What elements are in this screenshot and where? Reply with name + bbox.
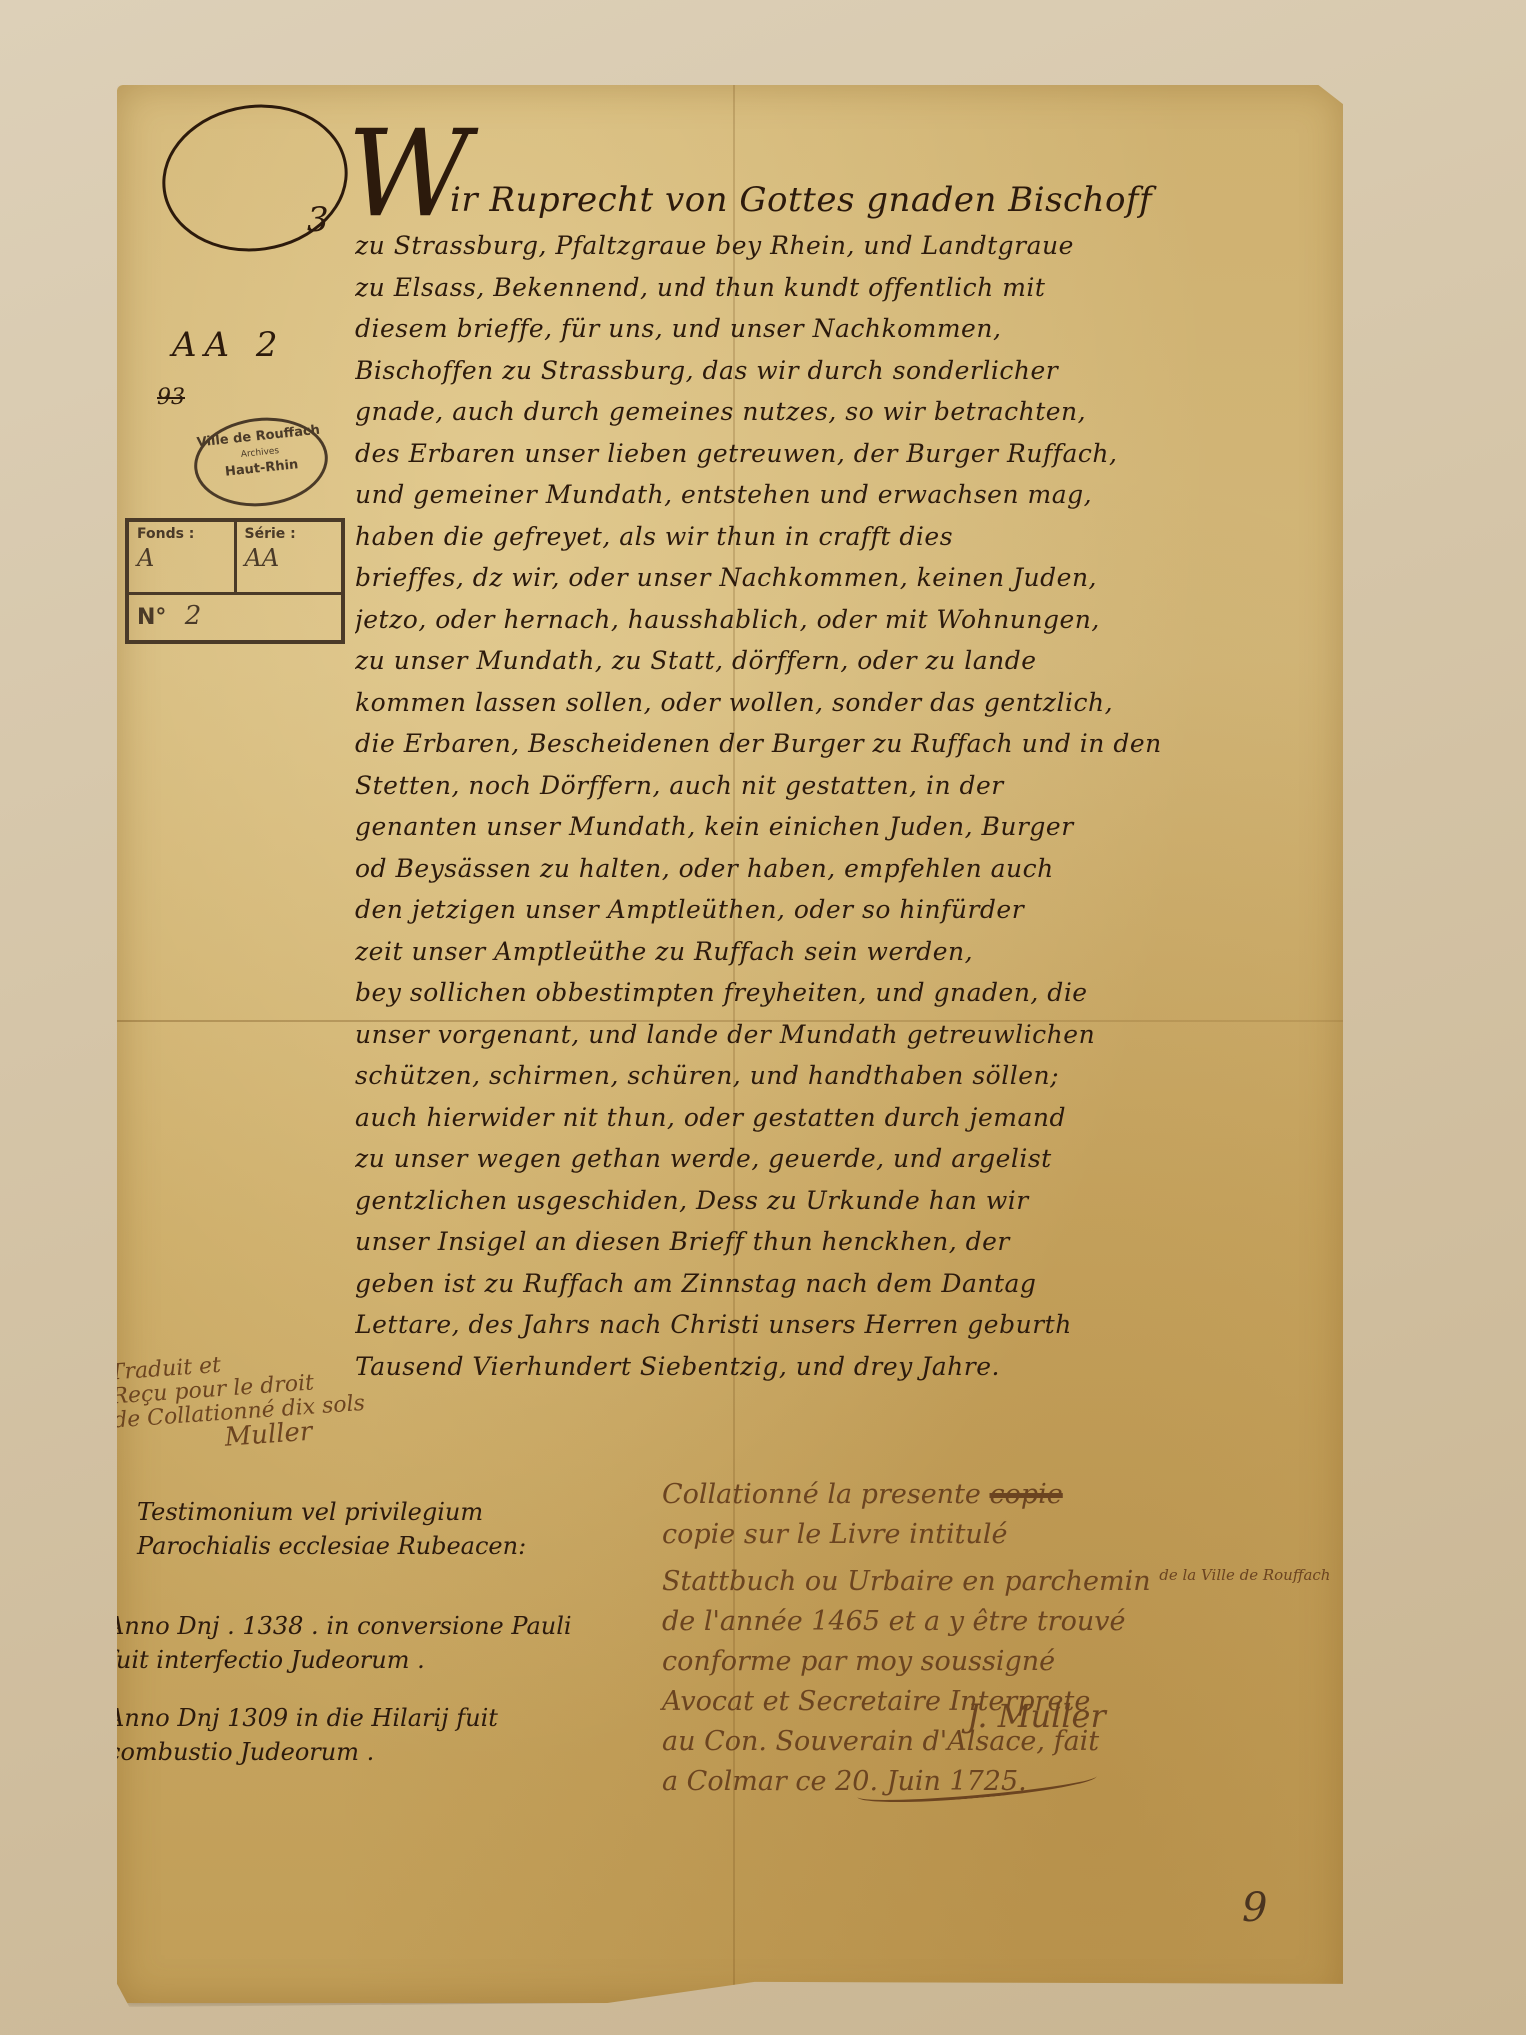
text-line: zu unser wegen gethan werde, geuerde, un… (355, 1138, 1255, 1180)
text-line: genanten unser Mundath, kein einichen Ju… (355, 806, 1255, 848)
folio-number: 9 (1242, 1885, 1267, 1931)
charter-body-text: ir Ruprecht von Gottes gnaden Bischoff z… (355, 175, 1255, 1387)
cert-signature: J. Muller (967, 1697, 1106, 1735)
text-line: zu Elsass, Bekennend, und thun kundt off… (355, 267, 1255, 309)
text-line: kommen lassen sollen, oder wollen, sonde… (355, 682, 1255, 724)
latin-entry-2-line: Anno Dnj 1309 in die Hilarij fuit (107, 1701, 647, 1735)
text-line: Lettare, des Jahrs nach Christi unsers H… (355, 1304, 1255, 1346)
cert-line-5: conforme par moy soussigné (662, 1642, 1342, 1682)
text-line: bey sollichen obbestimpten freyheiten, u… (355, 972, 1255, 1014)
text-line: zu Strassburg, Pfaltzgraue bey Rhein, un… (355, 225, 1255, 267)
text-line: zeit unser Amptleüthe zu Ruffach sein we… (355, 931, 1255, 973)
text-line: jetzo, oder hernach, hausshablich, oder … (355, 599, 1255, 641)
latin-title-line: Testimonium vel privilegium (137, 1495, 647, 1529)
text-line: schützen, schirmen, schüren, und handtha… (355, 1055, 1255, 1097)
text-line: haben die gefreyet, als wir thun in craf… (355, 516, 1255, 558)
text-line: Stetten, noch Dörffern, auch nit gestatt… (355, 765, 1255, 807)
archive-oval-stamp: Ville de Rouffach Archives Haut-Rhin (190, 411, 332, 513)
fonds-value: A (137, 544, 226, 572)
text-line: des Erbaren unser lieben getreuwen, der … (355, 433, 1255, 475)
text-line: diesem brieffe, für uns, und unser Nachk… (355, 308, 1255, 350)
latin-entry-1-line: fuit interfectio Judeorum . (107, 1643, 647, 1677)
text-line: geben ist zu Ruffach am Zinnstag nach de… (355, 1263, 1255, 1305)
cert-line-2: copie sur le Livre intitulé (662, 1515, 1342, 1555)
number-value: 2 (185, 601, 202, 631)
text-line: gnade, auch durch gemeines nutzes, so wi… (355, 391, 1255, 433)
shelfmark-crossed-out: 93 (157, 385, 185, 410)
text-line: und gemeiner Mundath, entstehen und erwa… (355, 474, 1255, 516)
cert-insertion: de la Ville de Rouffach (1159, 1566, 1330, 1584)
text-line: brieffes, dz wir, oder unser Nachkommen,… (355, 557, 1255, 599)
stamp-fonds-cell: Fonds : A (129, 522, 234, 592)
latin-notes: Testimonium vel privilegium Parochialis … (107, 1495, 647, 1769)
text-line: zu unser Mundath, zu Statt, dörffern, od… (355, 640, 1255, 682)
french-certification: Collationné la presente copie copie sur … (662, 1475, 1342, 1802)
cert-line-1-text: Collationné la presente (662, 1479, 981, 1510)
text-line: Tausend Vierhundert Siebentzig, und drey… (355, 1346, 1255, 1388)
serie-label: Série : (245, 526, 334, 542)
text-line: ir Ruprecht von Gottes gnaden Bischoff (450, 175, 1255, 225)
text-line: auch hierwider nit thun, oder gestatten … (355, 1097, 1255, 1139)
fonds-label: Fonds : (137, 526, 226, 542)
cert-line-4: de l'année 1465 et a y être trouvé (662, 1602, 1342, 1642)
number-label: N° (137, 605, 166, 630)
cert-struck-word: copie (990, 1479, 1063, 1510)
cert-line-1: Collationné la presente copie (662, 1475, 1342, 1515)
cert-line-3: Stattbuch ou Urbaire en parchemin de la … (662, 1555, 1342, 1602)
latin-title-line: Parochialis ecclesiae Rubeacen: (137, 1529, 647, 1563)
classification-box-stamp: Fonds : A Série : AA N° 2 (125, 518, 345, 644)
text-line: Bischoffen zu Strassburg, das wir durch … (355, 350, 1255, 392)
text-line: unser Insigel an diesen Brieff thun henc… (355, 1221, 1255, 1263)
text-line: unser vorgenant, und lande der Mundath g… (355, 1014, 1255, 1056)
text-line: od Beysässen zu halten, oder haben, empf… (355, 848, 1255, 890)
text-line: die Erbaren, Bescheidenen der Burger zu … (355, 723, 1255, 765)
document-page: 3 W AA 2 93 Ville de Rouffach Archives H… (117, 85, 1343, 2003)
text-line: den jetzigen unser Amptleüthen, oder so … (355, 889, 1255, 931)
serie-value: AA (245, 544, 334, 572)
latin-entry-1-line: Anno Dnj . 1338 . in conversione Pauli (107, 1609, 647, 1643)
margin-translation-note: Traduit et Reçu pour le droit de Collati… (109, 1339, 445, 1458)
shelfmark: AA 2 (172, 325, 286, 365)
initial-flourish-number: 3 (307, 200, 329, 240)
latin-entry-2-line: combustio Judeorum . (107, 1735, 647, 1769)
text-line: gentzlichen usgeschiden, Dess zu Urkunde… (355, 1180, 1255, 1222)
stamp-serie-cell: Série : AA (234, 522, 342, 592)
stamp-number-row: N° 2 (129, 595, 341, 637)
